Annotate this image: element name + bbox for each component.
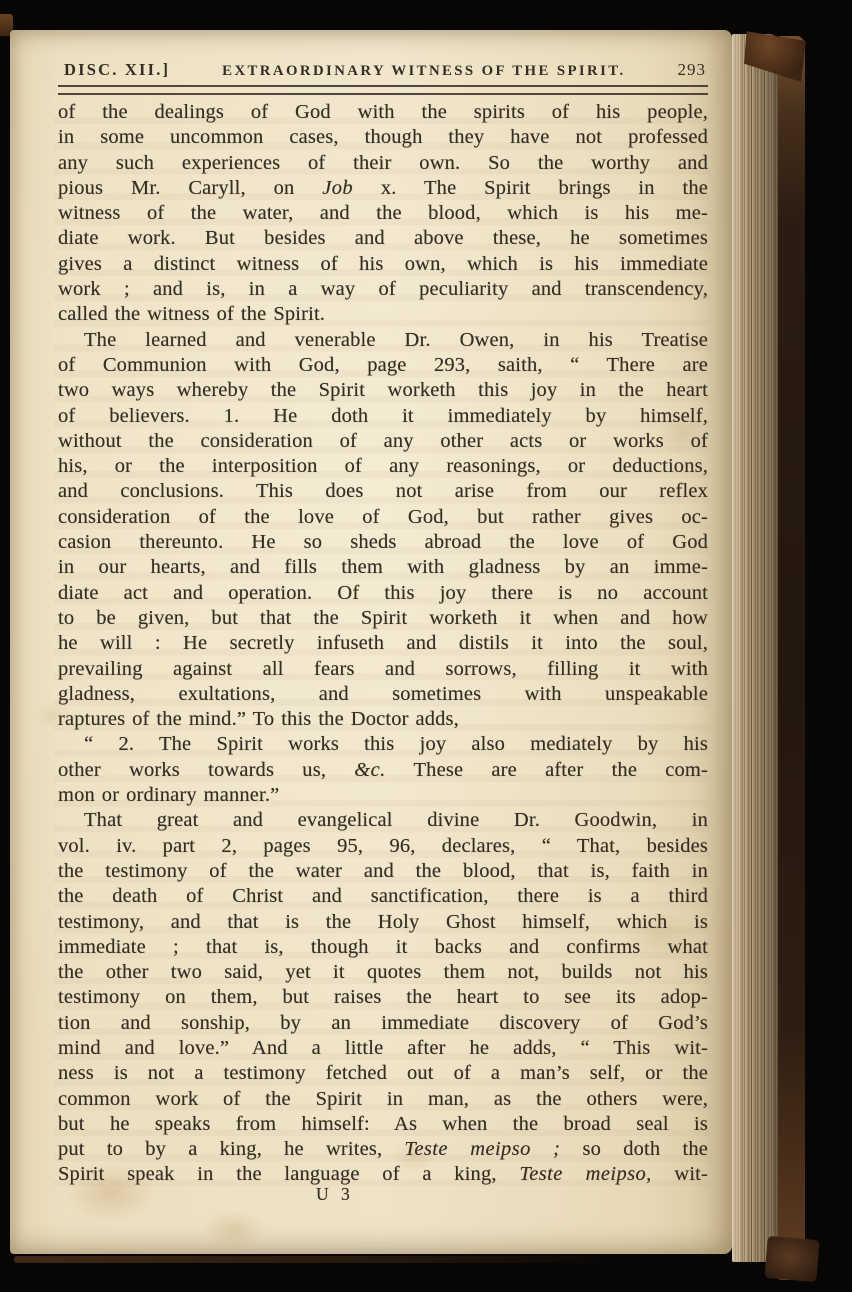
text-line: ness is not a testimony fetched out of a…: [58, 1061, 708, 1086]
text-line: testimony on them, but raises the heart …: [58, 985, 708, 1010]
text-line: testimony, and that is the Holy Ghost hi…: [58, 910, 708, 935]
book-fore-edge: [732, 34, 778, 1262]
text-line: consideration of the love of God, but ra…: [58, 505, 708, 530]
header-discourse-label: DISC. XII.]: [64, 60, 170, 80]
text-line: diate work. But besides and above these,…: [58, 226, 708, 251]
text-line: gladness, exultations, and sometimes wit…: [58, 682, 708, 707]
text-line: the other two said, yet it quotes them n…: [58, 960, 708, 985]
text-line: “ 2. The Spirit works this joy also medi…: [58, 732, 708, 757]
text-line: without the consideration of any other a…: [58, 429, 708, 454]
text-line: mon or ordinary manner.”: [58, 783, 708, 808]
photo-background: DISC. XII.] EXTRAORDINARY WITNESS OF THE…: [0, 0, 852, 1292]
text-line: but he speaks from himself: As when the …: [58, 1112, 708, 1137]
page-header: DISC. XII.] EXTRAORDINARY WITNESS OF THE…: [64, 60, 706, 80]
header-page-number: 293: [678, 60, 707, 80]
text-line: raptures of the mind.” To this the Docto…: [58, 707, 708, 732]
text-line: the testimony of the water and the blood…: [58, 859, 708, 884]
text-line: vol. iv. part 2, pages 95, 96, declares,…: [58, 834, 708, 859]
text-line: he will : He secretly infuseth and disti…: [58, 631, 708, 656]
text-line: common work of the Spirit in man, as the…: [58, 1087, 708, 1112]
text-line: to be given, but that the Spirit worketh…: [58, 606, 708, 631]
text-line: and conclusions. This does not arise fro…: [58, 479, 708, 504]
book-cover-edge: [778, 36, 805, 1280]
text-line: prevailing against all fears and sorrows…: [58, 657, 708, 682]
text-line: witness of the water, and the blood, whi…: [58, 201, 708, 226]
signature-mark: U 3: [316, 1184, 354, 1205]
text-line: gives a distinct witness of his own, whi…: [58, 252, 708, 277]
text-line: casion thereunto. He so sheds abroad the…: [58, 530, 708, 555]
text-line: That great and evangelical divine Dr. Go…: [58, 808, 708, 833]
text-line: any such experiences of their own. So th…: [58, 151, 708, 176]
text-line: of the dealings of God with the spirits …: [58, 100, 708, 125]
text-line: his, or the interposition of any reasoni…: [58, 454, 708, 479]
text-line: of Communion with God, page 293, saith, …: [58, 353, 708, 378]
text-line: immediate ; that is, though it backs and…: [58, 935, 708, 960]
text-line: tion and sonship, by an immediate discov…: [58, 1011, 708, 1036]
header-rule: [58, 85, 708, 95]
text-line: mind and love.” And a little after he ad…: [58, 1036, 708, 1061]
text-line: called the witness of the Spirit.: [58, 302, 708, 327]
text-line: pious Mr. Caryll, on Job x. The Spirit b…: [58, 176, 708, 201]
text-line: Spirit speak in the language of a king, …: [58, 1162, 708, 1187]
text-line: work ; and is, in a way of peculiarity a…: [58, 277, 708, 302]
text-line: the death of Christ and sanctification, …: [58, 884, 708, 909]
text-line: put to by a king, he writes, Teste meips…: [58, 1137, 708, 1162]
book-page: DISC. XII.] EXTRAORDINARY WITNESS OF THE…: [10, 30, 732, 1254]
text-line: diate act and operation. Of this joy the…: [58, 581, 708, 606]
body-text: of the dealings of God with the spirits …: [58, 100, 708, 1188]
header-running-title: EXTRAORDINARY WITNESS OF THE SPIRIT.: [170, 63, 677, 80]
text-line: other works towards us, &c. These are af…: [58, 758, 708, 783]
text-line: two ways whereby the Spirit worketh this…: [58, 378, 708, 403]
book-board-edge: [14, 1256, 614, 1263]
text-line: of believers. 1. He doth it immediately …: [58, 404, 708, 429]
text-line: in our hearts, and fills them with gladn…: [58, 555, 708, 580]
text-line: The learned and venerable Dr. Owen, in h…: [58, 328, 708, 353]
book-cover-corner-bottom: [764, 1236, 819, 1282]
text-line: in some uncommon cases, though they have…: [58, 125, 708, 150]
